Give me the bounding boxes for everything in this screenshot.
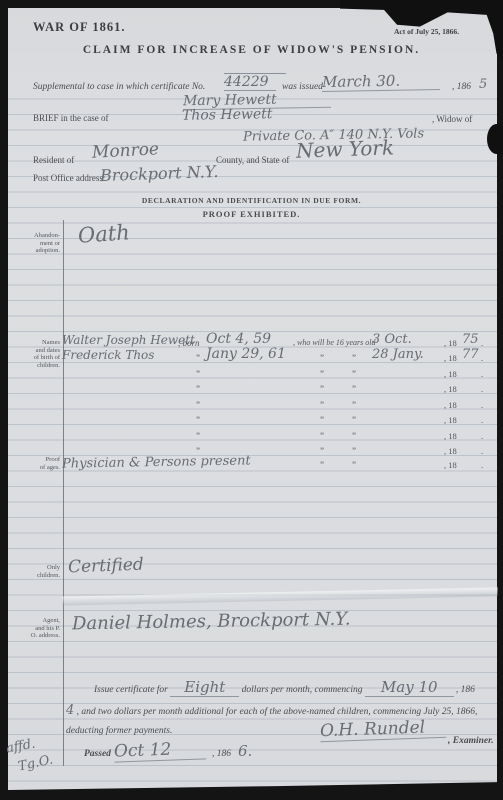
birth-date: Oct 4, 59 bbox=[206, 331, 271, 347]
issue-text-1: Issue certificate for bbox=[94, 685, 168, 695]
passed-label: Passed bbox=[84, 749, 111, 759]
year-period: . bbox=[481, 384, 483, 394]
age16-date: 28 Jany. bbox=[372, 347, 424, 362]
year-prefix: , 18 bbox=[444, 369, 457, 379]
ditto-mark: ” bbox=[320, 431, 324, 441]
ditto-mark: ” bbox=[196, 353, 200, 363]
year-period: . bbox=[481, 400, 483, 410]
year-period: . bbox=[481, 415, 483, 425]
act-note: Act of July 25, 1866. bbox=[394, 27, 459, 36]
age16-label: , who will be 16 years old bbox=[293, 338, 375, 347]
year-prefix: , 18 bbox=[444, 431, 457, 441]
year-value: 75 bbox=[462, 332, 479, 347]
year-period: . bbox=[481, 446, 483, 456]
ditto-mark: ” bbox=[320, 446, 324, 456]
year-period: . bbox=[481, 431, 483, 441]
margin-vertical-rule bbox=[63, 220, 64, 766]
only-children-label: Only children. bbox=[14, 564, 60, 579]
passed-year-value: 6. bbox=[238, 742, 252, 760]
examiner-label: , Examiner. bbox=[448, 736, 494, 746]
declaration-heading: DECLARATION AND IDENTIFICATION IN DUE FO… bbox=[0, 196, 503, 205]
ditto-mark: ” bbox=[196, 415, 200, 425]
issued-year-value: 5 bbox=[479, 77, 487, 92]
ditto-mark: ” bbox=[352, 431, 356, 441]
table-row: ” ” ” , 18 . bbox=[0, 429, 503, 445]
ditto-mark: ” bbox=[320, 369, 324, 379]
table-row: Physician & Persons present ” ” , 18 . bbox=[0, 458, 503, 474]
ditto-mark: ” bbox=[352, 400, 356, 410]
ditto-mark: ” bbox=[352, 369, 356, 379]
issue-amount: Eight bbox=[170, 678, 239, 697]
brief-label: BRIEF in the case of bbox=[33, 113, 109, 123]
ditto-mark: ” bbox=[196, 369, 200, 379]
war-title: WAR OF 1861. bbox=[33, 20, 125, 35]
year-prefix: , 18 bbox=[444, 460, 457, 470]
year-period: . bbox=[481, 369, 483, 379]
ditto-mark: ” bbox=[352, 460, 356, 470]
year-prefix: , 18 bbox=[444, 400, 457, 410]
issued-date: March 30. bbox=[322, 71, 440, 92]
resident-label: Resident of bbox=[33, 155, 74, 165]
child-name: Frederick Thos bbox=[62, 348, 154, 362]
scanned-pension-document: WAR OF 1861. Act of July 25, 1866. CLAIM… bbox=[0, 0, 503, 800]
widow-of-label: , Widow of bbox=[432, 114, 472, 124]
issue-year-prefix: , 186 bbox=[456, 685, 475, 695]
ditto-mark: ” bbox=[352, 415, 356, 425]
issue-text-2: dollars per month, commencing bbox=[242, 685, 363, 695]
ditto-mark: ” bbox=[352, 384, 356, 394]
supplemental-prefix: Supplemental to case in which certificat… bbox=[33, 82, 205, 92]
age16-date: 3 Oct. bbox=[372, 332, 412, 347]
table-row: ” ” ” , 18 . bbox=[0, 413, 503, 429]
edge-tear-shadow bbox=[487, 124, 503, 154]
abandonment-label: Abandon- ment or adoption. bbox=[14, 232, 60, 255]
birth-date: Jany 29, 61 bbox=[206, 346, 286, 362]
year-prefix: , 18 bbox=[444, 338, 457, 348]
abandonment-value: Oath bbox=[77, 220, 130, 248]
county-state-label: County, and State of bbox=[216, 155, 289, 165]
born-label: , born bbox=[178, 338, 200, 348]
ditto-mark: ” bbox=[196, 431, 200, 441]
year-prefix: , 18 bbox=[444, 415, 457, 425]
ditto-mark: ” bbox=[320, 384, 324, 394]
examiner-signature: O.H. Rundel bbox=[320, 717, 447, 742]
proof-exhibited-heading: PROOF EXHIBITED. bbox=[0, 209, 503, 219]
table-row: ” ” ” , 18 . bbox=[0, 367, 503, 383]
ditto-mark: ” bbox=[320, 353, 324, 363]
year-period: . bbox=[481, 338, 483, 348]
ditto-mark: ” bbox=[352, 353, 356, 363]
year-prefix: , 18 bbox=[444, 446, 457, 456]
proof-of-ages-value: Physician & Persons present bbox=[62, 453, 251, 471]
table-row: ” ” ” , 18 . bbox=[0, 382, 503, 398]
child-name: Walter Joseph Hewett bbox=[62, 333, 195, 347]
agent-label: Agent, and his P. O. address. bbox=[14, 617, 60, 640]
claim-title: CLAIM FOR INCREASE OF WIDOW'S PENSION. bbox=[0, 44, 503, 56]
certificate-number: 44229 bbox=[224, 74, 276, 91]
table-row: Frederick Thos ” Jany 29, 61 ” ” 28 Jany… bbox=[0, 351, 503, 367]
year-value: 77 bbox=[462, 347, 479, 362]
year-period: . bbox=[481, 353, 483, 363]
only-children-value: Certified bbox=[68, 555, 144, 578]
issued-year-prefix: , 186 bbox=[452, 82, 471, 92]
soldier-name: Thos Hewett bbox=[182, 106, 273, 124]
year-period: . bbox=[481, 460, 483, 470]
state-value: New York bbox=[296, 135, 395, 162]
ditto-mark: ” bbox=[196, 400, 200, 410]
passed-date: Oct 12 bbox=[114, 738, 207, 762]
issue-year-value: 4 bbox=[66, 703, 74, 718]
proof-of-ages-label: Proof of ages. bbox=[14, 456, 60, 471]
year-prefix: , 18 bbox=[444, 384, 457, 394]
ditto-mark: ” bbox=[352, 446, 356, 456]
po-address-label: Post Office address: bbox=[33, 173, 105, 183]
ditto-mark: ” bbox=[320, 400, 324, 410]
issue-commence-date: May 10 bbox=[365, 678, 454, 697]
table-row: ” ” ” , 18 . bbox=[0, 398, 503, 414]
passed-year-prefix: , 186 bbox=[212, 749, 231, 759]
ditto-mark: ” bbox=[320, 460, 324, 470]
county-value: Monroe bbox=[92, 139, 160, 162]
ditto-mark: ” bbox=[196, 384, 200, 394]
ditto-mark: ” bbox=[320, 415, 324, 425]
year-prefix: , 18 bbox=[444, 353, 457, 363]
